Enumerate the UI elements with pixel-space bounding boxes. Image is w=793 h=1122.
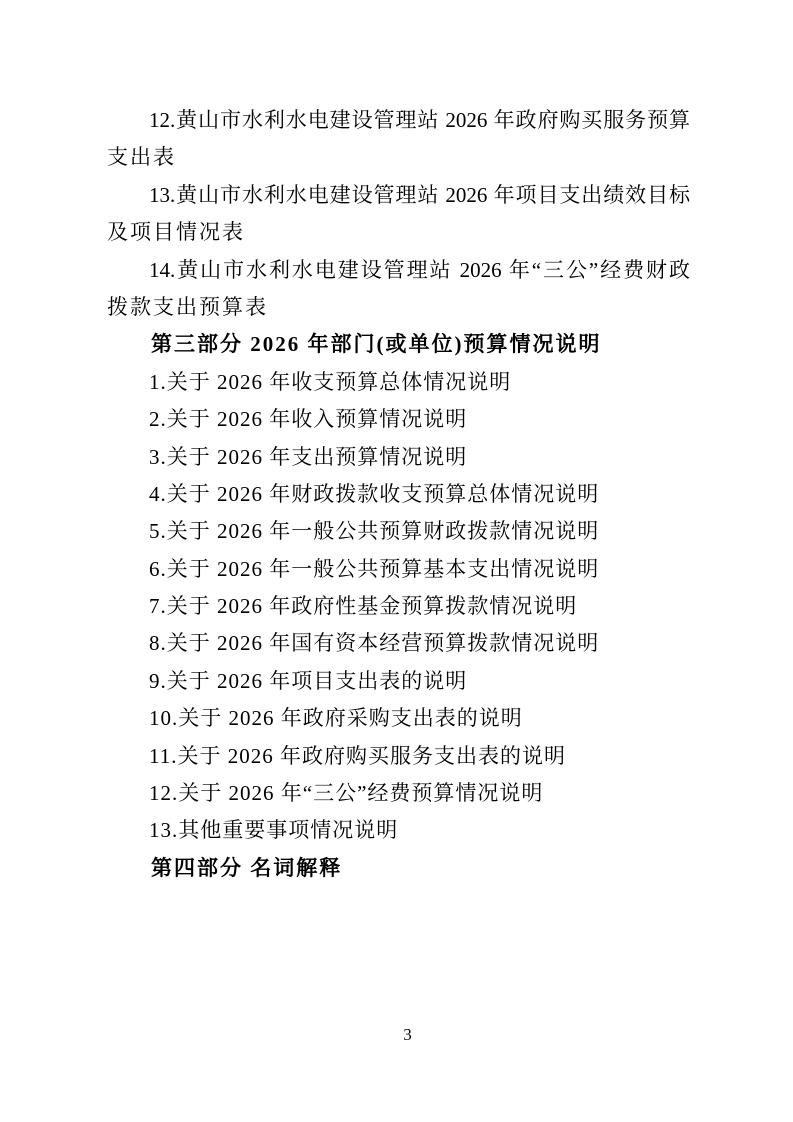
toc-entry-table-12-line1: 12.黄山市水利水电建设管理站 2026 年政府购买服务预算 bbox=[107, 102, 690, 139]
document-page: 12.黄山市水利水电建设管理站 2026 年政府购买服务预算 支出表 13.黄山… bbox=[0, 0, 793, 1122]
toc-entry-table-14-line1: 14.黄山市水利水电建设管理站 2026 年“三公”经费财政 bbox=[107, 252, 690, 289]
toc-entry-table-14-line2: 拨款支出预算表 bbox=[107, 289, 690, 326]
toc-entry-note-11: 11.关于 2026 年政府购买服务支出表的说明 bbox=[107, 738, 690, 775]
table-of-contents: 12.黄山市水利水电建设管理站 2026 年政府购买服务预算 支出表 13.黄山… bbox=[107, 102, 690, 887]
toc-entry-note-8: 8.关于 2026 年国有资本经营预算拨款情况说明 bbox=[107, 625, 690, 662]
toc-entry-note-9: 9.关于 2026 年项目支出表的说明 bbox=[107, 663, 690, 700]
toc-entry-note-5: 5.关于 2026 年一般公共预算财政拨款情况说明 bbox=[107, 513, 690, 550]
toc-entry-note-7: 7.关于 2026 年政府性基金预算拨款情况说明 bbox=[107, 588, 690, 625]
toc-entry-note-13: 13.其他重要事项情况说明 bbox=[107, 812, 690, 849]
toc-entry-note-1: 1.关于 2026 年收支预算总体情况说明 bbox=[107, 364, 690, 401]
toc-entry-note-3: 3.关于 2026 年支出预算情况说明 bbox=[107, 439, 690, 476]
page-number: 3 bbox=[0, 1024, 793, 1046]
toc-entry-note-12: 12.关于 2026 年“三公”经费预算情况说明 bbox=[107, 775, 690, 812]
toc-entry-table-13-line1: 13.黄山市水利水电建设管理站 2026 年项目支出绩效目标 bbox=[107, 177, 690, 214]
toc-entry-note-4: 4.关于 2026 年财政拨款收支预算总体情况说明 bbox=[107, 476, 690, 513]
toc-entry-table-13-line2: 及项目情况表 bbox=[107, 214, 690, 251]
toc-entry-note-10: 10.关于 2026 年政府采购支出表的说明 bbox=[107, 700, 690, 737]
toc-entry-table-12-line2: 支出表 bbox=[107, 139, 690, 176]
section-heading-part-3: 第三部分 2026 年部门(或单位)预算情况说明 bbox=[107, 326, 690, 363]
toc-entry-note-6: 6.关于 2026 年一般公共预算基本支出情况说明 bbox=[107, 551, 690, 588]
toc-entry-note-2: 2.关于 2026 年收入预算情况说明 bbox=[107, 401, 690, 438]
section-heading-part-4: 第四部分 名词解释 bbox=[107, 850, 690, 887]
